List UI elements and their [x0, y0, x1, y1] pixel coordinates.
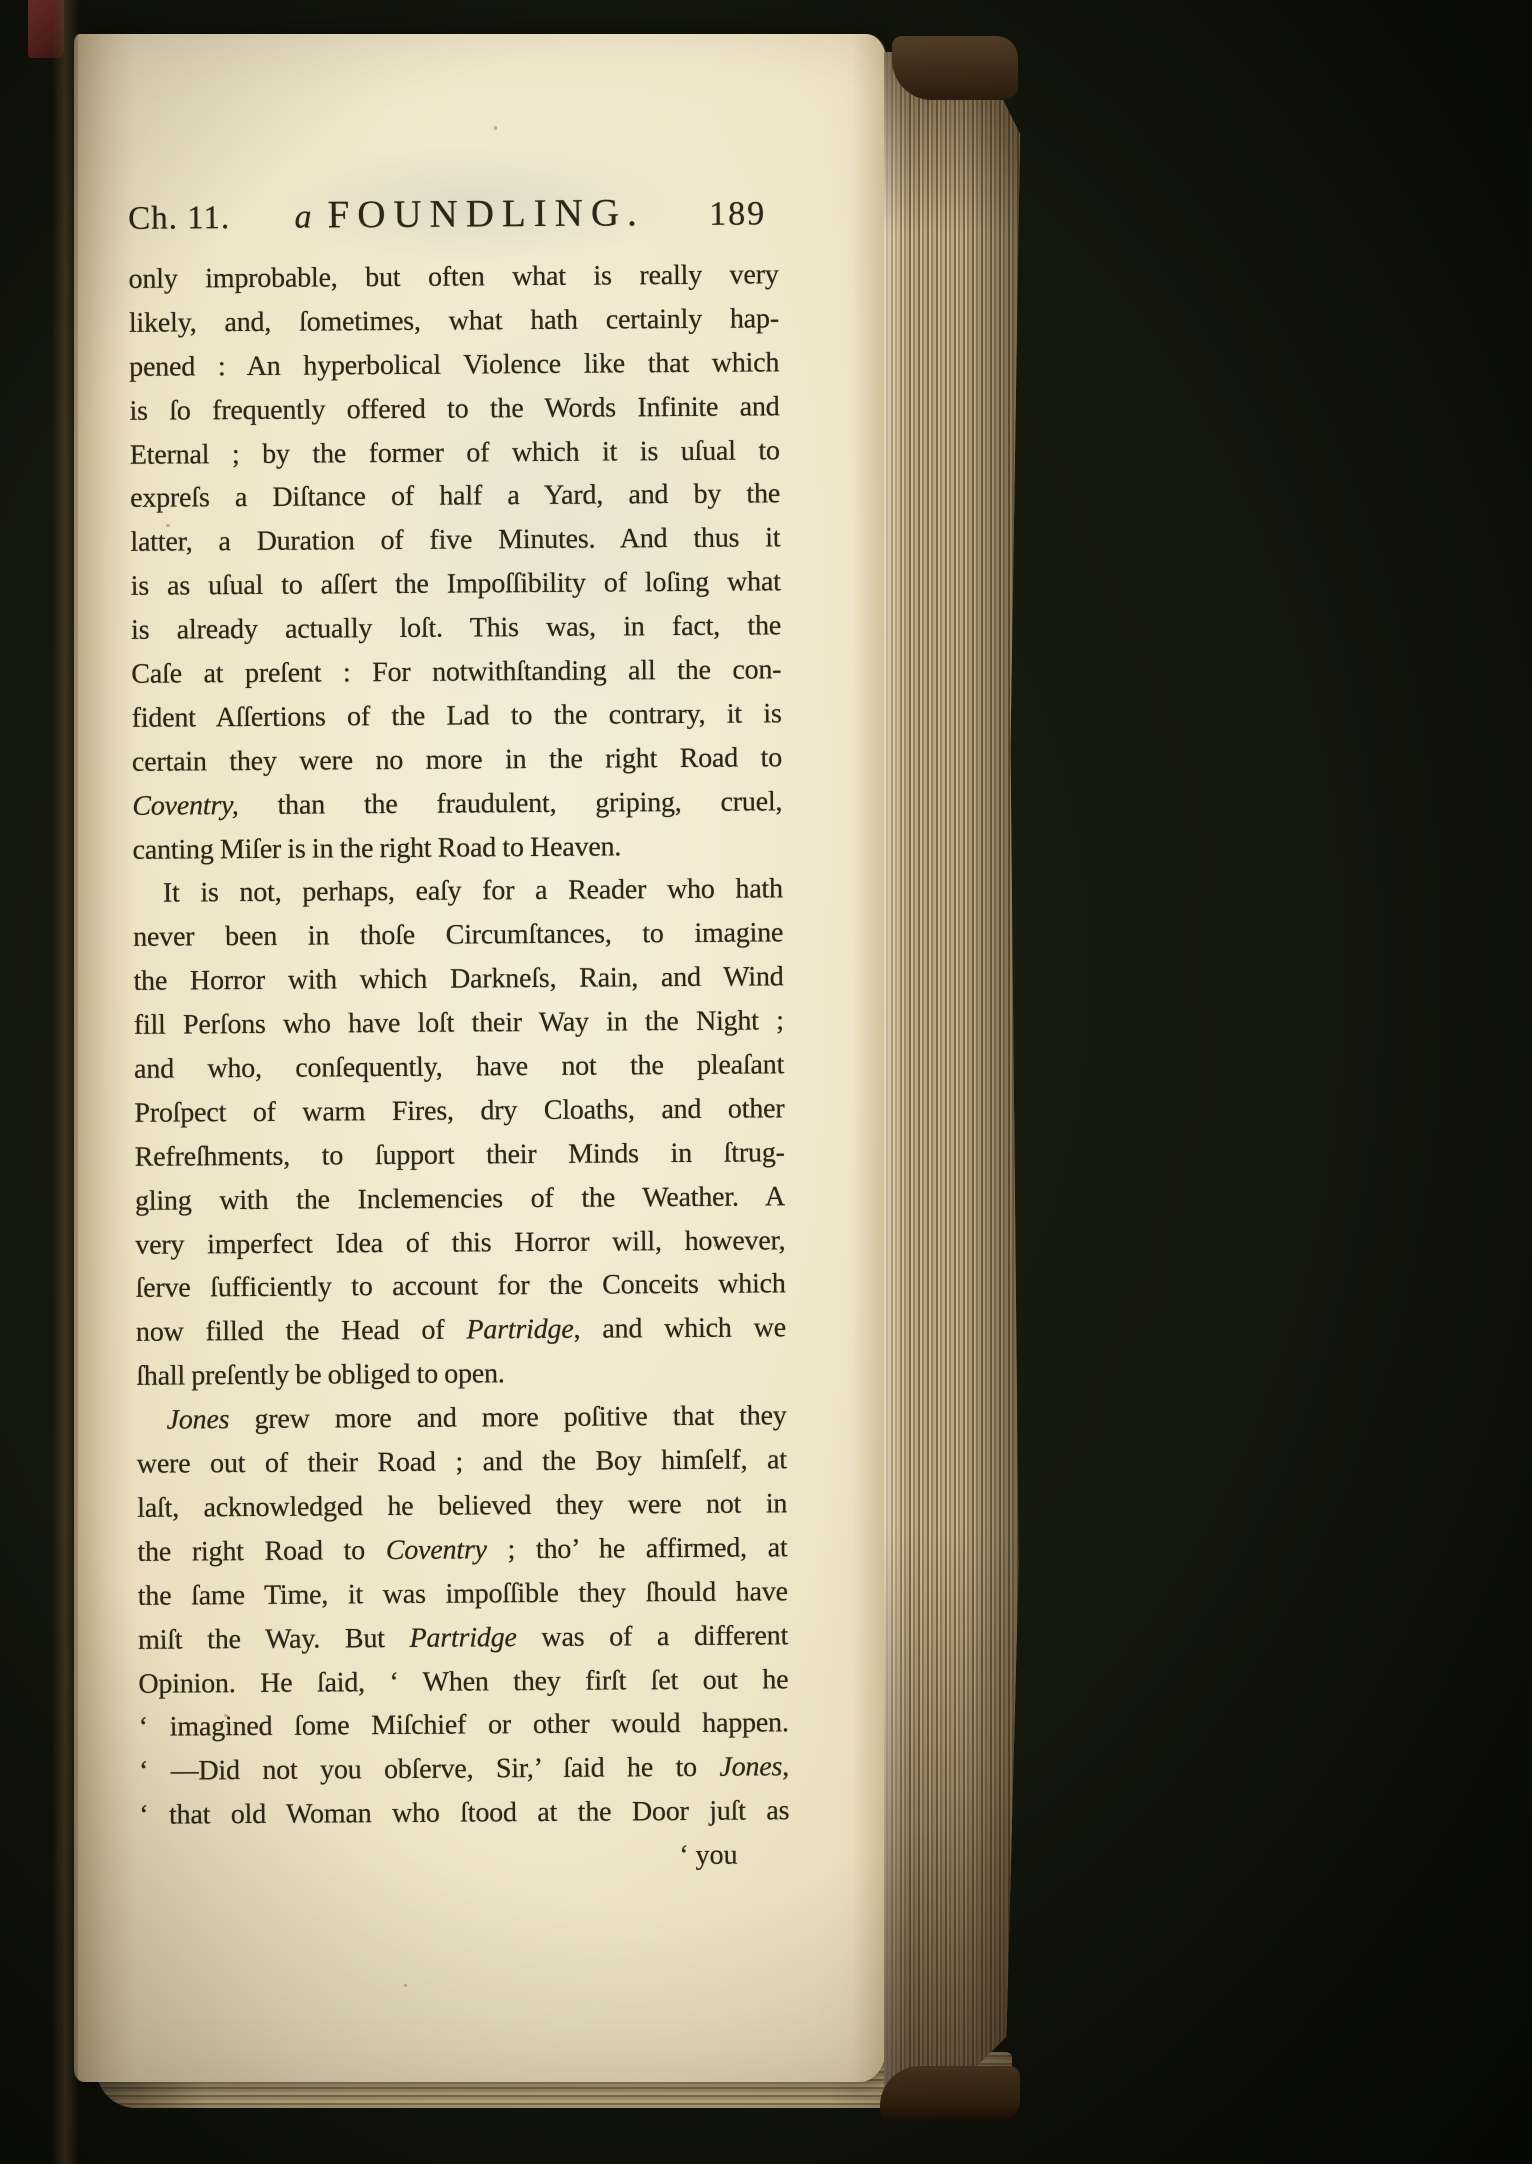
text-segment: is as uſual to aſſert the Impoſſibility …	[131, 567, 781, 603]
italic-text: Partridge	[466, 1314, 573, 1346]
text-line: were out of their Road ; and the Boy him…	[137, 1438, 787, 1486]
book-scan-scene: Ch. 11. aFOUNDLING. 189 only improbable,…	[0, 0, 1532, 2164]
text-line: fill Perſons who have loſt their Way in …	[134, 999, 784, 1047]
text-segment: the Horror with which Darkneſs, Rain, an…	[133, 962, 783, 998]
italic-text: Jones	[166, 1404, 229, 1435]
text-segment: gling with the Inclemencies of the Weath…	[135, 1181, 785, 1217]
text-line: the right Road to Coventry ; tho’ he aff…	[137, 1526, 787, 1574]
paragraph: only improbable, but often what is reall…	[128, 253, 782, 872]
page-number: 189	[709, 195, 778, 233]
fore-edge-page-stack	[884, 52, 1020, 2098]
text-line: expreſs a Diſtance of half a Yard, and b…	[130, 473, 780, 521]
text-segment: It is not, perhaps, eaſy for a Reader wh…	[163, 874, 783, 909]
text-line: Opinion. He ſaid, ‘ When they firſt ſet …	[138, 1658, 788, 1706]
text-segment: was of a different	[517, 1620, 789, 1653]
text-segment: is already actually loſt. This was, in f…	[131, 610, 781, 646]
text-line: Proſpect of warm Fires, dry Cloaths, and…	[134, 1087, 784, 1135]
running-title-text: FOUNDLING.	[327, 191, 645, 236]
text-line: very imperfect Idea of this Horror will,…	[135, 1219, 785, 1267]
text-segment: pened : An hyperbolical Violence like th…	[129, 347, 779, 383]
book-cover-left-edge	[52, 0, 78, 2164]
text-line: miſt the Way. But Partridge was of a dif…	[138, 1614, 788, 1662]
text-segment: very imperfect Idea of this Horror will,…	[135, 1225, 785, 1261]
text-segment: ‘ that old Woman who ſtood at the Door j…	[139, 1795, 789, 1831]
text-line: is as uſual to aſſert the Impoſſibility …	[131, 561, 781, 609]
italic-text: Coventry	[386, 1534, 487, 1566]
running-title: aFOUNDLING.	[294, 190, 645, 237]
text-line: only improbable, but often what is reall…	[128, 253, 778, 301]
running-header: Ch. 11. aFOUNDLING. 189	[128, 189, 778, 242]
text-segment: now filled the Head of	[136, 1315, 467, 1348]
text-line: ‘ —Did not you obſerve, Sir,’ ſaid he to…	[139, 1746, 789, 1794]
italic-text: Jones	[719, 1752, 782, 1783]
italic-text: Partridge	[409, 1622, 516, 1654]
text-segment: latter, a Duration of five Minutes. And …	[130, 523, 780, 559]
text-segment: , and which we	[573, 1313, 786, 1345]
text-line: It is not, perhaps, eaſy for a Reader wh…	[133, 868, 783, 916]
text-line: gling with the Inclemencies of the Weath…	[135, 1175, 785, 1223]
paragraph: Jones grew more and more poſitive that t…	[136, 1394, 789, 1837]
text-segment: fill Perſons who have loſt their Way in …	[134, 1005, 784, 1041]
text-line: Eternal ; by the former of which it is u…	[130, 429, 780, 477]
foxing-speck	[494, 126, 497, 130]
text-line: latter, a Duration of five Minutes. And …	[130, 517, 780, 565]
text-segment: never been in thoſe Circumſtances, to im…	[133, 918, 783, 954]
text-line: and who, conſequently, have not the plea…	[134, 1043, 784, 1091]
text-line: Refreſhments, to ſupport their Minds in …	[135, 1131, 785, 1179]
text-segment: expreſs a Diſtance of half a Yard, and b…	[130, 479, 780, 515]
text-line: Jones grew more and more poſitive that t…	[136, 1394, 786, 1442]
page-right-edge-shade	[852, 34, 886, 2082]
text-line: pened : An hyperbolical Violence like th…	[129, 341, 779, 389]
paragraph: It is not, perhaps, eaſy for a Reader wh…	[133, 868, 787, 1399]
book-page: Ch. 11. aFOUNDLING. 189 only improbable,…	[74, 34, 886, 2082]
text-line: is ſo frequently offered to the Words In…	[129, 385, 779, 433]
text-line: now filled the Head of Partridge, and wh…	[136, 1307, 786, 1355]
text-segment: ſerve ſufficiently to account for the Co…	[136, 1269, 786, 1305]
text-segment: certain they were no more in the right R…	[132, 742, 782, 778]
text-segment: Proſpect of warm Fires, dry Cloaths, and…	[134, 1093, 784, 1129]
text-line: Caſe at preſent : For notwithſtanding al…	[131, 648, 781, 696]
italic-text: Coventry,	[132, 790, 239, 822]
text-segment: grew more and more poſitive that they	[229, 1400, 786, 1435]
text-segment: ; tho’ he affirmed, at	[487, 1532, 788, 1565]
text-line: fident Aſſertions of the Lad to the cont…	[132, 692, 782, 740]
chapter-label: Ch. 11.	[128, 200, 230, 238]
text-segment: than the fraudulent, griping, cruel,	[238, 786, 782, 821]
text-segment: ,	[782, 1752, 789, 1783]
text-segment: ſhall preſently be obliged to open.	[136, 1358, 505, 1392]
text-line: Coventry, than the fraudulent, griping, …	[132, 780, 782, 828]
text-segment: Refreſhments, to ſupport their Minds in …	[135, 1137, 785, 1173]
text-segment: ‘ imagined ſome Miſchief or other would …	[139, 1708, 789, 1744]
text-line: laſt, acknowledged he believed they were…	[137, 1482, 787, 1530]
text-line: ‘ imagined ſome Miſchief or other would …	[139, 1702, 789, 1750]
text-line: certain they were no more in the right R…	[132, 736, 782, 784]
running-title-article: a	[294, 199, 311, 236]
text-segment: were out of their Road ; and the Boy him…	[137, 1444, 787, 1480]
text-segment: ‘ —Did not you obſerve, Sir,’ ſaid he to	[139, 1752, 720, 1787]
text-segment: canting Miſer is in the right Road to He…	[132, 831, 621, 865]
text-segment: is ſo frequently offered to the Words In…	[129, 391, 779, 427]
text-segment: miſt the Way. But	[138, 1622, 410, 1655]
page-text-block: Ch. 11. aFOUNDLING. 189 only improbable,…	[128, 189, 790, 1882]
catchword: ‘ you	[139, 1833, 789, 1882]
text-segment: laſt, acknowledged he believed they were…	[137, 1488, 787, 1524]
text-line: the ſame Time, it was impoſſible they ſh…	[138, 1570, 788, 1618]
text-segment: Eternal ; by the former of which it is u…	[130, 435, 780, 471]
text-segment: only improbable, but often what is reall…	[128, 259, 778, 295]
text-line: canting Miſer is in the right Road to He…	[132, 824, 782, 872]
text-line: is already actually loſt. This was, in f…	[131, 604, 781, 652]
text-segment: fident Aſſertions of the Lad to the cont…	[132, 698, 782, 734]
gutter-shadow	[74, 34, 134, 2082]
text-line: likely, and, ſometimes, what hath certai…	[129, 297, 779, 345]
text-segment: likely, and, ſometimes, what hath certai…	[129, 303, 779, 339]
text-line: ſhall preſently be obliged to open.	[136, 1351, 786, 1399]
text-segment: Caſe at preſent : For notwithſtanding al…	[131, 654, 781, 690]
book-cover-bottom-right	[880, 2066, 1020, 2120]
page-body: only improbable, but often what is reall…	[128, 253, 789, 1838]
text-segment: the right Road to	[137, 1535, 386, 1568]
text-segment: and who, conſequently, have not the plea…	[134, 1049, 784, 1085]
text-line: ‘ that old Woman who ſtood at the Door j…	[139, 1789, 789, 1837]
text-segment: the ſame Time, it was impoſſible they ſh…	[138, 1576, 788, 1612]
text-line: never been in thoſe Circumſtances, to im…	[133, 912, 783, 960]
text-line: ſerve ſufficiently to account for the Co…	[136, 1263, 786, 1311]
text-segment: Opinion. He ſaid, ‘ When they firſt ſet …	[138, 1664, 788, 1700]
book-cover-top-right	[892, 36, 1018, 100]
text-line: the Horror with which Darkneſs, Rain, an…	[133, 956, 783, 1004]
foxing-speck	[404, 1984, 407, 1987]
